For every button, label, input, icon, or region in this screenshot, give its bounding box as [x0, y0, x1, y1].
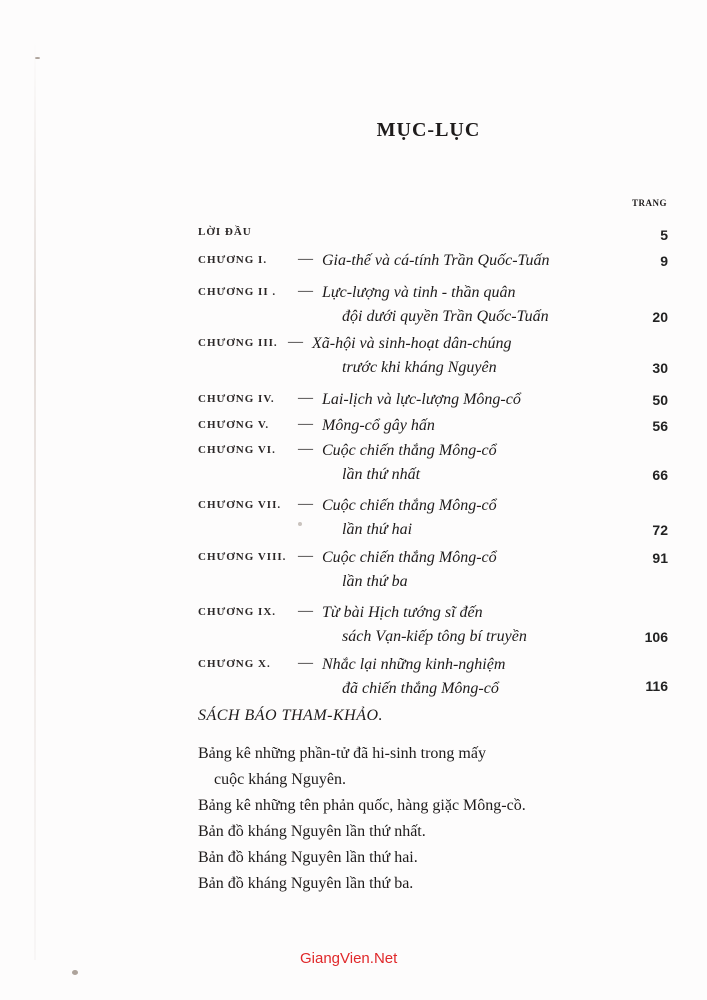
toc-entry: LỜI ĐẦU 5: [198, 222, 668, 250]
toc-entry-title: Mông-cổ gây hấn: [322, 413, 435, 438]
watermark: GiangVien.Net: [300, 950, 397, 967]
page-title: MỤC-LỤC: [0, 119, 707, 142]
toc-entry: CHƯƠNG IV. — Lai-lịch và lực-lượng Mông-…: [198, 389, 668, 415]
toc-entry-page: 66: [652, 467, 668, 483]
toc-entry-label: CHƯƠNG III.: [198, 337, 278, 349]
toc-entry-title-cont: lần thứ hai: [342, 517, 412, 542]
toc-entry-title: Cuộc chiến thắng Mông-cổ: [322, 493, 497, 518]
toc-entry: CHƯƠNG V. — Mông-cổ gây hấn 56: [198, 415, 668, 440]
em-dash: —: [298, 390, 313, 407]
toc-entry-title: Lực-lượng và tinh - thần quân: [322, 280, 516, 305]
em-dash: —: [298, 283, 313, 300]
reference-text: Bản đồ kháng Nguyên lần thứ nhất.: [198, 823, 426, 840]
toc-entry-page: 56: [652, 418, 668, 434]
reference-text-cont: cuộc kháng Nguyên.: [198, 767, 678, 793]
em-dash: —: [298, 441, 313, 458]
toc-entry: CHƯƠNG IX. — Từ bài Hịch tướng sĩ đến sá…: [198, 602, 668, 654]
toc-entry-label: CHƯƠNG X.: [198, 658, 271, 670]
toc-entry-page: 5: [660, 227, 668, 243]
toc-entry-title-cont: đã chiến thắng Mông-cổ: [342, 676, 499, 701]
reference-text: Bản đồ kháng Nguyên lần thứ hai.: [198, 849, 418, 866]
reference-text: Bản đồ kháng Nguyên lần thứ ba.: [198, 875, 413, 892]
toc-entry-label: CHƯƠNG IX.: [198, 606, 276, 618]
em-dash: —: [298, 655, 313, 672]
toc-entry-title-cont: lần thứ nhất: [342, 462, 420, 487]
reference-item: Bản đồ kháng Nguyên lần thứ hai.: [198, 845, 678, 871]
scan-speck: [35, 57, 40, 59]
scan-speck: [72, 970, 78, 975]
reference-text: Bảng kê những tên phản quốc, hàng giặc M…: [198, 797, 526, 814]
references-heading: SÁCH BÁO THAM-KHẢO.: [198, 707, 383, 725]
toc-entry-title: Từ bài Hịch tướng sĩ đến: [322, 600, 483, 625]
toc-entry-label: CHƯƠNG VI.: [198, 444, 276, 456]
toc-entry: CHƯƠNG VIII. — Cuộc chiến thắng Mông-cổ …: [198, 547, 668, 602]
toc-entry-title: Nhắc lại những kinh-nghiệm: [322, 652, 505, 677]
em-dash: —: [298, 548, 313, 565]
toc-entry-title-cont: lần thứ ba: [342, 569, 408, 594]
em-dash: —: [288, 334, 303, 351]
scanned-page-edge: [34, 40, 36, 960]
toc-entry-title: Lai-lịch và lực-lượng Mông-cổ: [322, 387, 521, 412]
toc-entry-page: 9: [660, 253, 668, 269]
toc-entry-page: 30: [652, 360, 668, 376]
toc-entry-title-cont: sách Vạn-kiếp tông bí truyền: [342, 624, 527, 649]
toc-entry-page: 106: [645, 629, 668, 645]
reference-item: Bản đồ kháng Nguyên lần thứ nhất.: [198, 819, 678, 845]
toc-entry-title-cont: trước khi kháng Nguyên: [342, 355, 497, 380]
toc-entry-page: 20: [652, 309, 668, 325]
toc-entry-title: Cuộc chiến thắng Mông-cổ: [322, 438, 497, 463]
reference-item: Bảng kê những tên phản quốc, hàng giặc M…: [198, 793, 678, 819]
toc-entry: CHƯƠNG VI. — Cuộc chiến thắng Mông-cổ lầ…: [198, 440, 668, 495]
toc-entry-label: CHƯƠNG I.: [198, 254, 267, 266]
page-column-header: TRANG: [632, 198, 667, 208]
toc-entry-label: CHƯƠNG VIII.: [198, 551, 286, 563]
toc-entry: CHƯƠNG I. — Gia-thế và cá-tính Trần Quốc…: [198, 250, 668, 282]
toc-entry-title: Xã-hội và sinh-hoạt dân-chúng: [312, 331, 512, 356]
toc-entry-label: LỜI ĐẦU: [198, 226, 252, 238]
toc-entry-page: 116: [645, 678, 668, 694]
toc-entry: CHƯƠNG II . — Lực-lượng và tinh - thần q…: [198, 282, 668, 333]
reference-item: Bản đồ kháng Nguyên lần thứ ba.: [198, 871, 678, 897]
toc-entry: CHƯƠNG X. — Nhắc lại những kinh-nghiệm đ…: [198, 654, 668, 705]
toc-entry-label: CHƯƠNG V.: [198, 419, 269, 431]
toc-entry-label: CHƯƠNG VII.: [198, 499, 281, 511]
toc-entry-title-cont: đội dưới quyền Trần Quốc-Tuấn: [342, 304, 549, 329]
em-dash: —: [298, 603, 313, 620]
toc-entry-title: Cuộc chiến thắng Mông-cổ: [322, 545, 497, 570]
em-dash: —: [298, 416, 313, 433]
references-list: Bảng kê những phần-tử đã hi-sinh trong m…: [198, 741, 678, 897]
toc-entry: CHƯƠNG III. — Xã-hội và sinh-hoạt dân-ch…: [198, 333, 668, 389]
toc-entry: CHƯƠNG VII. — Cuộc chiến thắng Mông-cổ l…: [198, 495, 668, 547]
toc-entry-page: 72: [652, 522, 668, 538]
toc-entry-label: CHƯƠNG II .: [198, 286, 276, 298]
toc-entry-page: 50: [652, 392, 668, 408]
reference-text: Bảng kê những phần-tử đã hi-sinh trong m…: [198, 745, 486, 762]
toc-entry-page: 91: [652, 550, 668, 566]
toc-entry-label: CHƯƠNG IV.: [198, 393, 275, 405]
reference-item: Bảng kê những phần-tử đã hi-sinh trong m…: [198, 741, 678, 793]
table-of-contents: LỜI ĐẦU 5 CHƯƠNG I. — Gia-thế và cá-tính…: [198, 222, 668, 705]
em-dash: —: [298, 496, 313, 513]
toc-entry-title: Gia-thế và cá-tính Trần Quốc-Tuấn: [322, 248, 550, 273]
em-dash: —: [298, 251, 313, 268]
